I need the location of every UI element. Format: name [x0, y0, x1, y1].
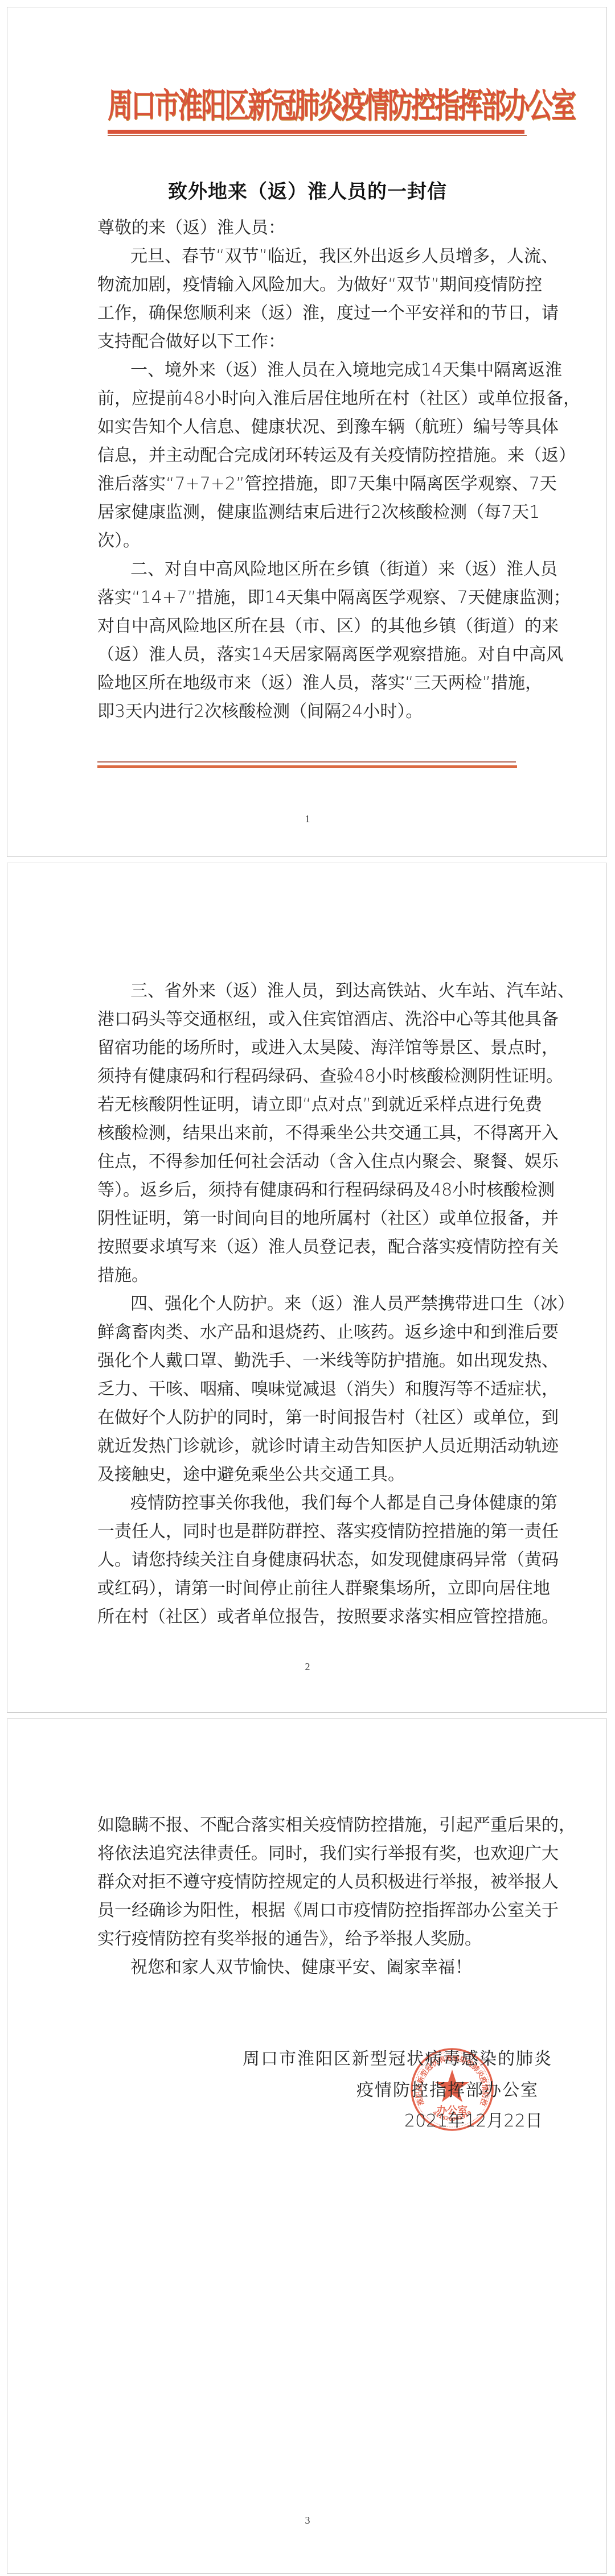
body-line: 将依法追究法律责任。同时，我们实行举报有奖，也欢迎广大	[97, 1840, 539, 1868]
document-title: 致外地来（返）淮人员的一封信	[7, 176, 608, 204]
body-line: 疫情防控事关你我他，我们每个人都是自己身体健康的第	[97, 1489, 539, 1518]
body-line: 群众对拒不遵守疫情防控规定的人员积极进行举报，被举报人	[97, 1868, 539, 1897]
body-line: （返）淮人员，落实14天居家隔离医学观察措施。对自中高风	[97, 641, 539, 669]
body-line: 如隐瞒不报、不配合落实相关疫情防控措施，引起严重后果的，	[97, 1811, 539, 1840]
page-number: 2	[7, 1661, 608, 1673]
letterhead-red-bar	[108, 130, 524, 134]
closing-wish: 祝您和家人双节愉快、健康平安、阖家幸福！	[97, 1953, 539, 1982]
body-line: 就近发热门诊就诊，就诊时请主动告知医护人员近期活动轨迹	[97, 1432, 539, 1461]
body-line: 元旦、春节“双节”临近，我区外出返乡人员增多，人流、	[97, 242, 539, 271]
body-line: 或红码），请第一时间停止前往人群聚集场所，立即向居住地	[97, 1575, 539, 1603]
letterhead-thin-rule	[108, 135, 527, 136]
body-line: 支持配合做好以下工作：	[97, 328, 539, 356]
body-line: 落实“14+7”措施，即14天集中隔离医学观察、7天健康监测；	[97, 584, 539, 612]
body-line: 核酸检测，结果出来前，不得乘坐公共交通工具，不得离开入	[97, 1119, 539, 1148]
body-line: 工作，确保您顺利来（返）淮，度过一个平安祥和的节日，请	[97, 299, 539, 328]
page-number: 3	[7, 2515, 608, 2526]
body-line: 强化个人戴口罩、勤洗手、一米线等防护措施。如出现发热、	[97, 1347, 539, 1375]
body-line: 及接触史，途中避免乘坐公共交通工具。	[97, 1461, 539, 1489]
body-line: 实行疫情防控有奖举报的通告》，给予举报人奖励。	[97, 1925, 539, 1953]
body-line: 居家健康监测，健康监测结束后进行2次核酸检测（每7天1	[97, 498, 539, 527]
body-line: 若无核酸阴性证明，请立即“点对点”到就近采样点进行免费	[97, 1091, 539, 1119]
body-line: 措施。	[97, 1262, 539, 1290]
body-line: 一责任人，同时也是群防群控、落实疫情防控措施的第一责任	[97, 1518, 539, 1546]
body-line: 对自中高风险地区所在县（市、区）的其他乡镇（街道）的来	[97, 612, 539, 641]
footer-red-bar	[97, 765, 517, 768]
body-line: 一、境外来（返）淮人员在入境地完成14天集中隔离返淮	[97, 356, 539, 385]
letter-body-page-1: 尊敬的来（返）淮人员： 元旦、春节“双节”临近，我区外出返乡人员增多，人流、 物…	[97, 214, 539, 726]
document-page-2: 三、省外来（返）淮人员，到达高铁站、火车站、汽车站、 港口码头等交通枢纽，或入住…	[7, 863, 607, 1713]
body-line: 物流加剧，疫情输入风险加大。为做好“双节”期间疫情防控	[97, 271, 539, 299]
body-line: 按照要求填写来（返）淮人员登记表，配合落实疫情防控有关	[97, 1233, 539, 1262]
body-line: 港口码头等交通枢纽，或入住宾馆酒店、洗浴中心等其他具备	[97, 1005, 539, 1034]
body-line: 险地区所在地级市来（返）淮人员，落实“三天两检”措施，	[97, 669, 539, 698]
body-line: 须持有健康码和行程码绿码、查验48小时核酸检测阴性证明。	[97, 1062, 539, 1091]
body-line: 四、强化个人防护。来（返）淮人员严禁携带进口生（冰）	[97, 1290, 539, 1318]
body-line: 等）。返乡后，须持有健康码和行程码绿码及48小时核酸检测	[97, 1176, 539, 1205]
body-line: 所在村（社区）或者单位报告，按照要求落实相应管控措施。	[97, 1603, 539, 1631]
body-line: 员一经确诊为阳性，根据《周口市疫情防控指挥部办公室关于	[97, 1897, 539, 1925]
body-line: 信息，并主动配合完成闭环转运及有关疫情防控措施。来（返）	[97, 442, 539, 470]
page-number: 1	[7, 813, 608, 825]
letterhead-title: 周口市淮阳区新冠肺炎疫情防控指挥部办公室	[108, 78, 529, 135]
body-line: 即3天内进行2次核酸检测（间隔24小时）。	[97, 698, 539, 726]
body-line: 前，应提前48小时向入淮后居住地所在村（社区）或单位报备，	[97, 385, 539, 413]
document-page-1: 周口市淮阳区新冠肺炎疫情防控指挥部办公室 致外地来（返）淮人员的一封信 尊敬的来…	[7, 7, 607, 857]
body-line: 如实告知个人信息、健康状况、到豫车辆（航班）编号等具体	[97, 413, 539, 442]
body-line: 鲜禽畜肉类、水产品和退烧药、止咳药。返乡途中和到淮后要	[97, 1318, 539, 1347]
body-line: 阴性证明，第一时间向目的地所属村（社区）或单位报备，并	[97, 1205, 539, 1233]
signature-organization-line-1: 周口市淮阳区新型冠状病毒感染的肺炎	[243, 2045, 552, 2070]
body-line: 淮后落实“7+7+2”管控措施，即7天集中隔离医学观察、7天	[97, 470, 539, 498]
signature-organization-line-2: 疫情防控指挥部办公室	[356, 2076, 539, 2101]
body-line: 在做好个人防护的同时，第一时间报告村（社区）或单位，到	[97, 1404, 539, 1432]
footer-thin-rule	[97, 761, 516, 763]
body-line: 二、对自中高风险地区所在乡镇（街道）来（返）淮人员	[97, 555, 539, 584]
letter-body-page-3: 如隐瞒不报、不配合落实相关疫情防控措施，引起严重后果的， 将依法追究法律责任。同…	[97, 1811, 539, 1982]
body-line: 次）。	[97, 527, 539, 555]
letter-body-page-2: 三、省外来（返）淮人员，到达高铁站、火车站、汽车站、 港口码头等交通枢纽，或入住…	[97, 977, 539, 1631]
body-line: 人。请您持续关注自身健康码状态，如发现健康码异常（黄码	[97, 1546, 539, 1575]
signature-date: 2021年12月22日	[404, 2107, 543, 2132]
body-line: 留宿功能的场所时，或进入太昊陵、海洋馆等景区、景点时，	[97, 1034, 539, 1062]
body-line: 三、省外来（返）淮人员，到达高铁站、火车站、汽车站、	[97, 977, 539, 1005]
document-page-3: 如隐瞒不报、不配合落实相关疫情防控措施，引起严重后果的， 将依法追究法律责任。同…	[7, 1718, 607, 2574]
body-line: 住点，不得参加任何社会活动（含入住点内聚会、聚餐、娱乐	[97, 1148, 539, 1176]
salutation: 尊敬的来（返）淮人员：	[97, 214, 539, 242]
body-line: 乏力、干咳、咽痛、嗅味觉减退（消失）和腹泻等不适症状，	[97, 1375, 539, 1404]
